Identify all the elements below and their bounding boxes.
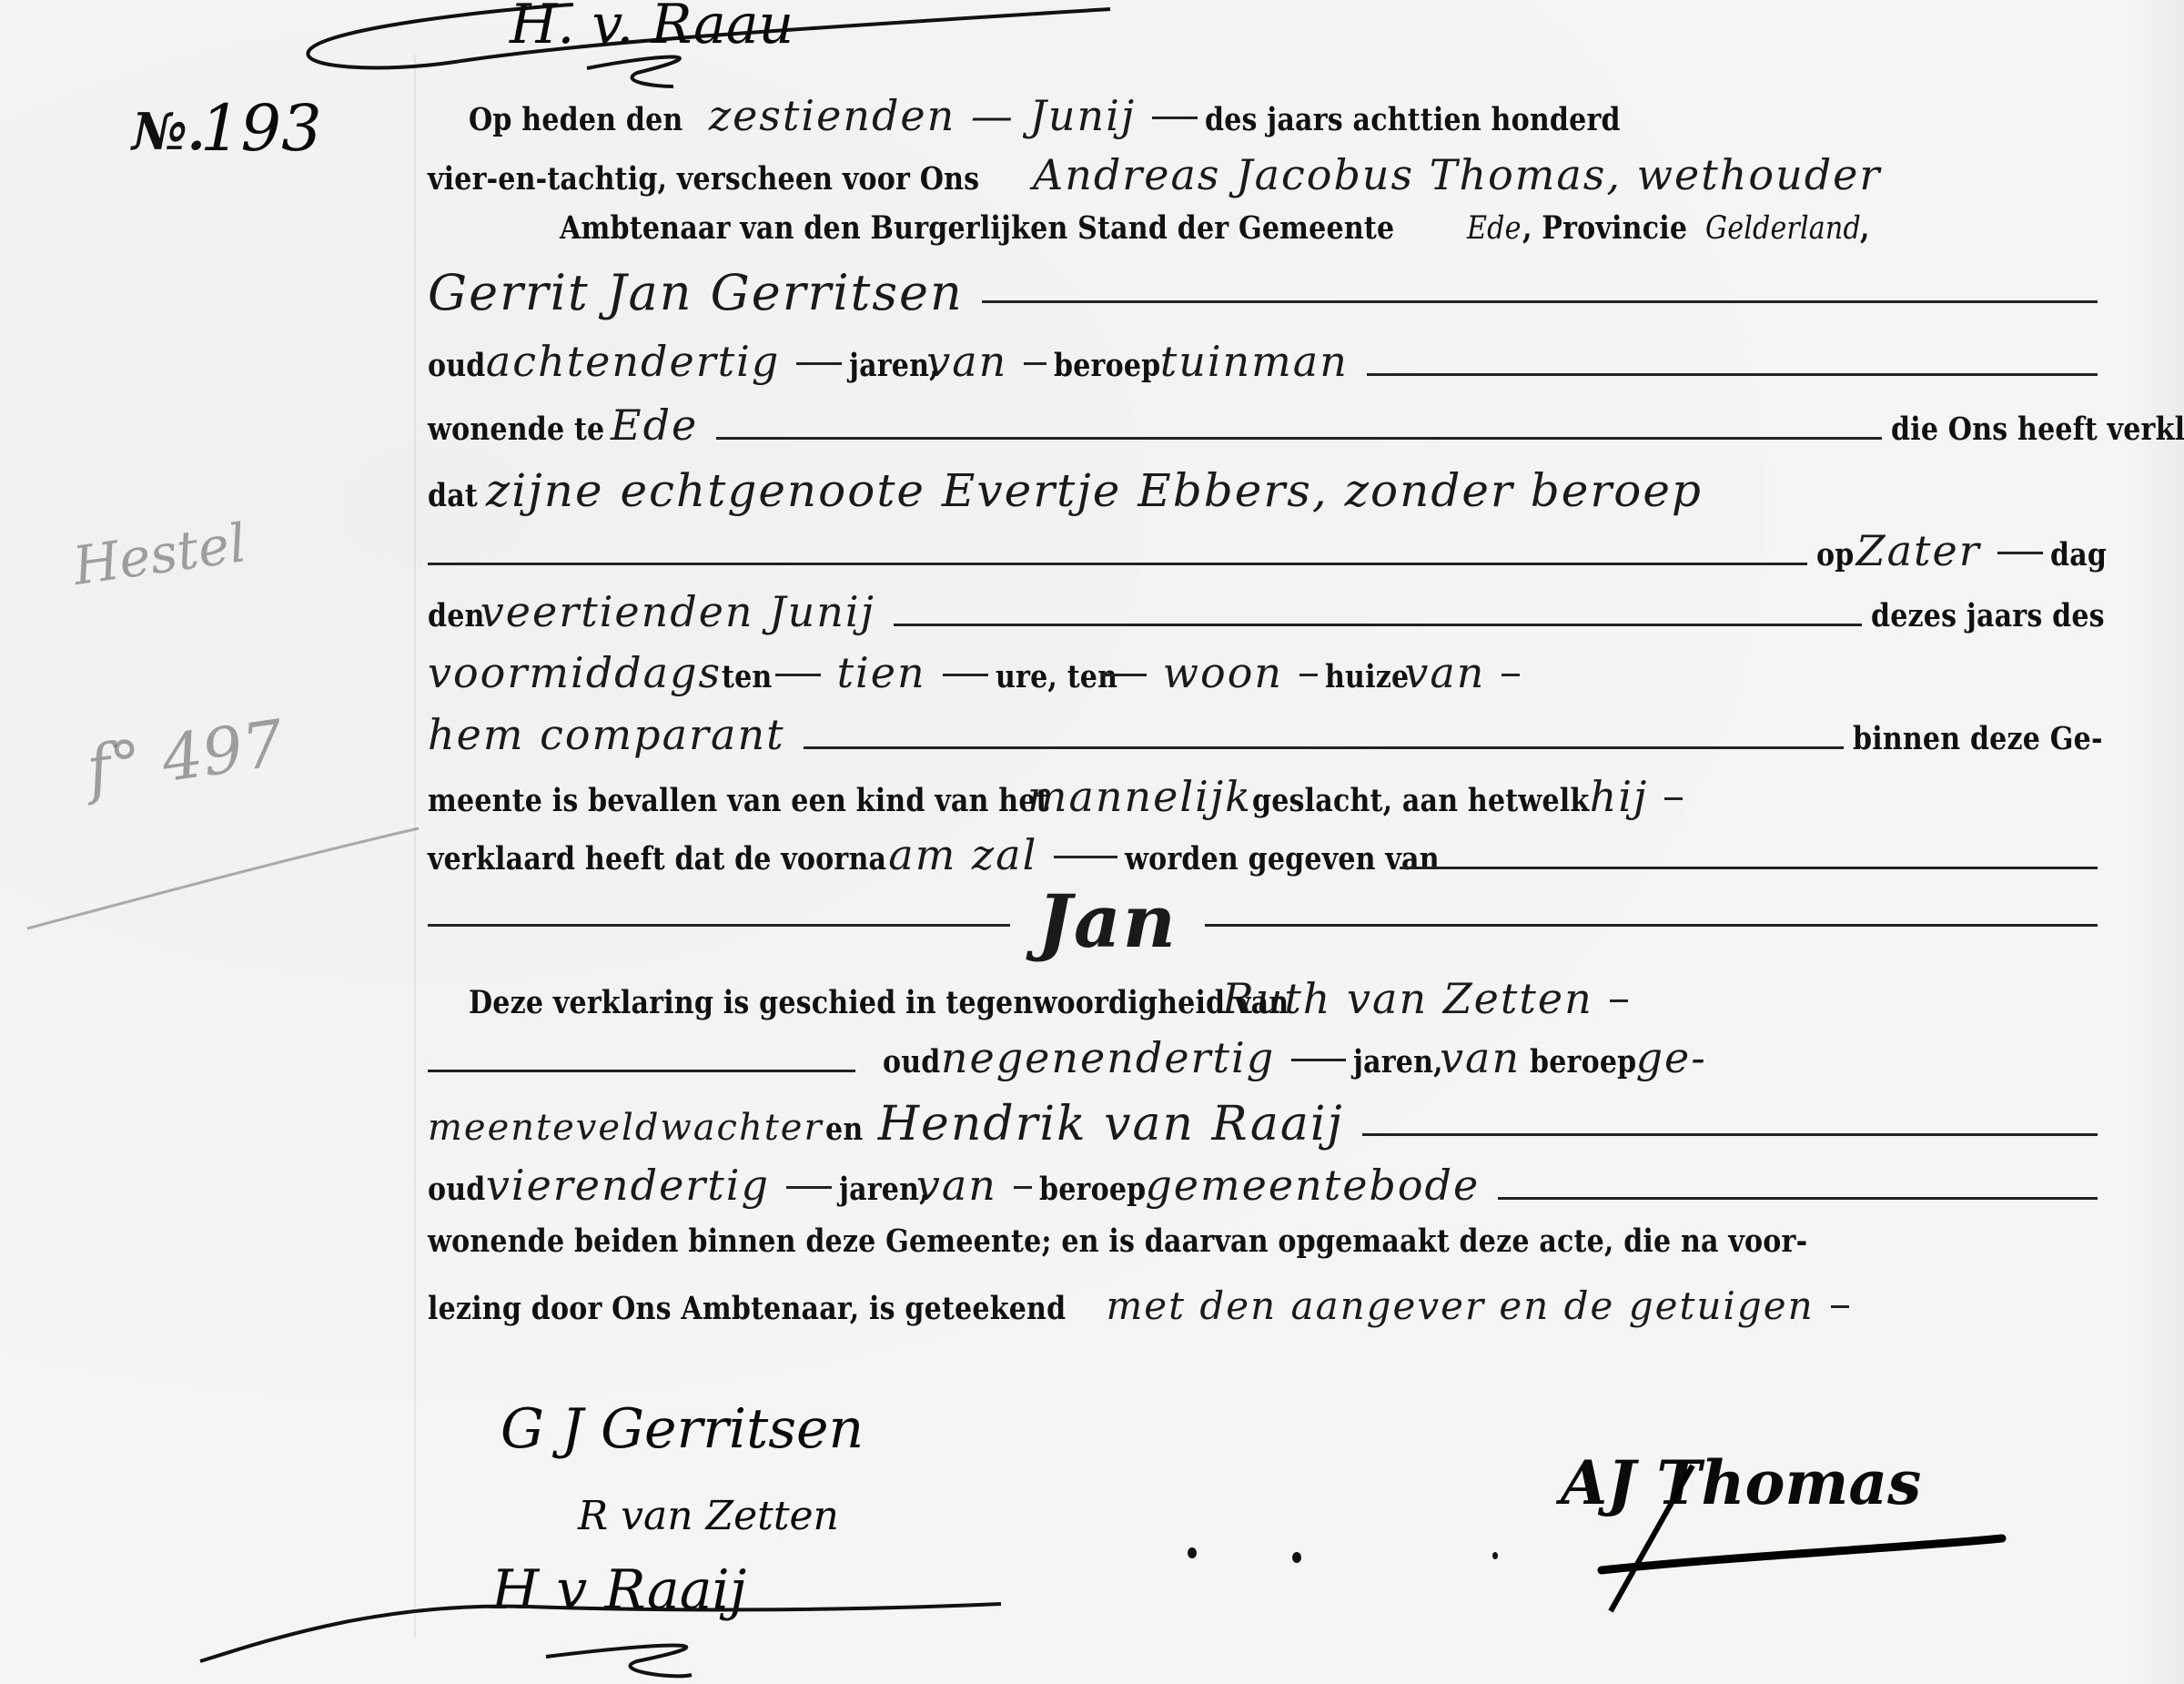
ink-dot: [1188, 1547, 1197, 1558]
text-line-13: verklaard heeft dat de voorna am zal wor…: [428, 830, 2107, 887]
text-line-12: meente is bevallen van een kind van het …: [428, 772, 2107, 828]
handwritten-witness-2: Hendrik van Raaij: [878, 1097, 1344, 1151]
text-line-2: vier-en-tachtig, verscheen voor Ons Andr…: [428, 150, 2107, 207]
text-line-17: meenteveldwachter en Hendrik van Raaij: [428, 1097, 2107, 1153]
printed-text: , Provincie: [1522, 209, 1687, 247]
handwritten-occupation: meenteveldwachter: [428, 1107, 824, 1149]
printed-text: des jaars achttien honderd: [1205, 101, 1621, 138]
margin-note-2: f° 497: [82, 705, 288, 806]
text-line-14: Jan: [428, 888, 2107, 944]
printed-text: jaren,: [839, 1171, 929, 1208]
text-line-19: wonende beiden binnen deze Gemeente; en …: [428, 1222, 2107, 1279]
printed-text: die Ons heeft verklaard,: [1891, 411, 2184, 448]
text-line-15: Deze verklaring is geschied in tegenwoor…: [428, 974, 2107, 1030]
printed-text: meente is bevallen van een kind van het: [428, 782, 1049, 819]
handwritten-sex: mannelijk: [1027, 772, 1252, 821]
ink-dot: [1292, 1552, 1301, 1563]
text-line-7: dat zijne echtgenoote Evertje Ebbers, zo…: [428, 464, 2107, 521]
handwritten-text: hij: [1590, 772, 1649, 821]
record-number-label: №.: [132, 102, 205, 162]
document-page: H. v. Raau №. 193 Hestel f° 497 Op heden…: [0, 0, 2184, 1684]
printed-text: jaren,: [1353, 1043, 1443, 1080]
printed-text: ,: [1860, 209, 1870, 247]
text-line-16: oud negenendertig jaren, van beroep ge-: [428, 1033, 2107, 1090]
handwritten-occupation: ge-: [1636, 1033, 1707, 1082]
printed-text: lezing door Ons Ambtenaar, is geteekend: [428, 1290, 1066, 1327]
margin-stroke: [27, 819, 419, 947]
text-line-11: hem comparant binnen deze Ge-: [428, 710, 2107, 766]
handwritten-declarant-name: Gerrit Jan Gerritsen: [428, 264, 964, 321]
printed-text: geslacht, aan hetwelk: [1252, 782, 1589, 819]
handwritten-occupation: tuinman: [1160, 337, 1349, 386]
printed-province: Gelderland: [1705, 210, 1861, 247]
margin-note-1: Hestel: [69, 512, 249, 597]
text-line-10: voormiddags ten tien ure, ten woon huize…: [428, 648, 2107, 705]
handwritten-text: voormiddags: [428, 648, 722, 697]
text-line-4: Gerrit Jan Gerritsen: [428, 264, 2107, 320]
handwritten-text: am zal: [888, 830, 1037, 879]
text-line-9: den veertienden Junij dezes jaars des: [428, 587, 2107, 644]
printed-text: binnen deze Ge-: [1853, 720, 2103, 757]
printed-text: beroep: [1039, 1171, 1146, 1208]
record-number: 193: [200, 91, 322, 166]
handwritten-official-name: Andreas Jacobus Thomas, wethouder: [1033, 150, 1881, 199]
handwritten-mother: zijne echtgenoote Evertje Ebbers, zonder…: [486, 464, 1703, 517]
printed-text: huize: [1325, 658, 1409, 695]
printed-text: oud: [883, 1043, 941, 1080]
printed-text: op: [1816, 536, 1854, 573]
handwritten-text: woon: [1163, 648, 1283, 697]
printed-text: oud: [428, 347, 486, 384]
text-line-3: Ambtenaar van den Burgerlijken Stand der…: [428, 209, 2107, 266]
page-edge-shadow: [2129, 0, 2184, 1684]
handwritten-text: van: [1404, 648, 1485, 697]
printed-text: dezes jaars des: [1871, 597, 2105, 634]
printed-text: dag: [2050, 536, 2107, 573]
top-signature: H. v. Raau: [510, 0, 794, 56]
handwritten-text: van: [1440, 1033, 1521, 1082]
printed-text: wonende te: [428, 411, 604, 448]
printed-text: Op heden den: [469, 101, 682, 138]
handwritten-place: hem comparant: [428, 710, 785, 759]
handwritten-age: achtendertig: [486, 337, 780, 386]
printed-text: den: [428, 597, 485, 634]
handwritten-residence: Ede: [611, 401, 698, 450]
printed-text: beroep: [1054, 347, 1160, 384]
printed-text: ten: [722, 658, 772, 695]
text-line-6: wonende te Ede die Ons heeft verklaard,: [428, 401, 2107, 457]
handwritten-age: vierendertig: [486, 1161, 770, 1210]
handwritten-text: met den aangever en de getuigen: [1106, 1283, 1814, 1328]
signature-declarant: G J Gerritsen: [500, 1397, 864, 1461]
handwritten-occupation: gemeentebode: [1145, 1161, 1480, 1210]
official-signature-flourish: [1365, 1456, 2093, 1657]
text-line-20: lezing door Ons Ambtenaar, is geteekend …: [428, 1283, 2107, 1340]
child-name: Jan: [1037, 878, 1178, 964]
printed-text: dat: [428, 477, 478, 514]
printed-text: beroep: [1530, 1043, 1636, 1080]
text-line-5: oud achtendertig jaren, van beroep tuinm…: [428, 337, 2107, 393]
printed-text: oud: [428, 1171, 486, 1208]
printed-text: Deze verklaring is geschied in tegenwoor…: [469, 984, 1289, 1021]
text-line-1: Op heden den zestienden — Junij des jaar…: [428, 91, 2107, 147]
printed-text: vier-en-tachtig, verscheen voor Ons: [428, 160, 979, 198]
text-line-18: oud vierendertig jaren, van beroep gemee…: [428, 1161, 2107, 1217]
printed-text: wonende beiden binnen deze Gemeente; en …: [428, 1222, 1807, 1260]
signature-witness-1: R van Zetten: [578, 1493, 839, 1539]
printed-text: worden gegeven van: [1125, 840, 1440, 878]
handwritten-date: zestienden — Junij: [709, 91, 1136, 140]
handwritten-weekday: Zater: [1856, 526, 1981, 575]
printed-text: ure, ten: [996, 658, 1117, 695]
printed-text: Ambtenaar van den Burgerlijken Stand der…: [560, 209, 1394, 247]
handwritten-hour: tien: [837, 648, 926, 697]
printed-text: jaren,: [849, 347, 939, 384]
ink-dot: [1492, 1552, 1498, 1559]
handwritten-age: negenendertig: [941, 1033, 1275, 1082]
printed-municipality: Ede: [1467, 210, 1522, 247]
handwritten-birth-date: veertienden Junij: [480, 587, 875, 636]
witness-2-flourish: [200, 1584, 1019, 1684]
printed-text: en: [825, 1111, 863, 1148]
text-line-8: op Zater dag: [428, 526, 2107, 583]
printed-text: verklaard heeft dat de voorna: [428, 840, 886, 878]
